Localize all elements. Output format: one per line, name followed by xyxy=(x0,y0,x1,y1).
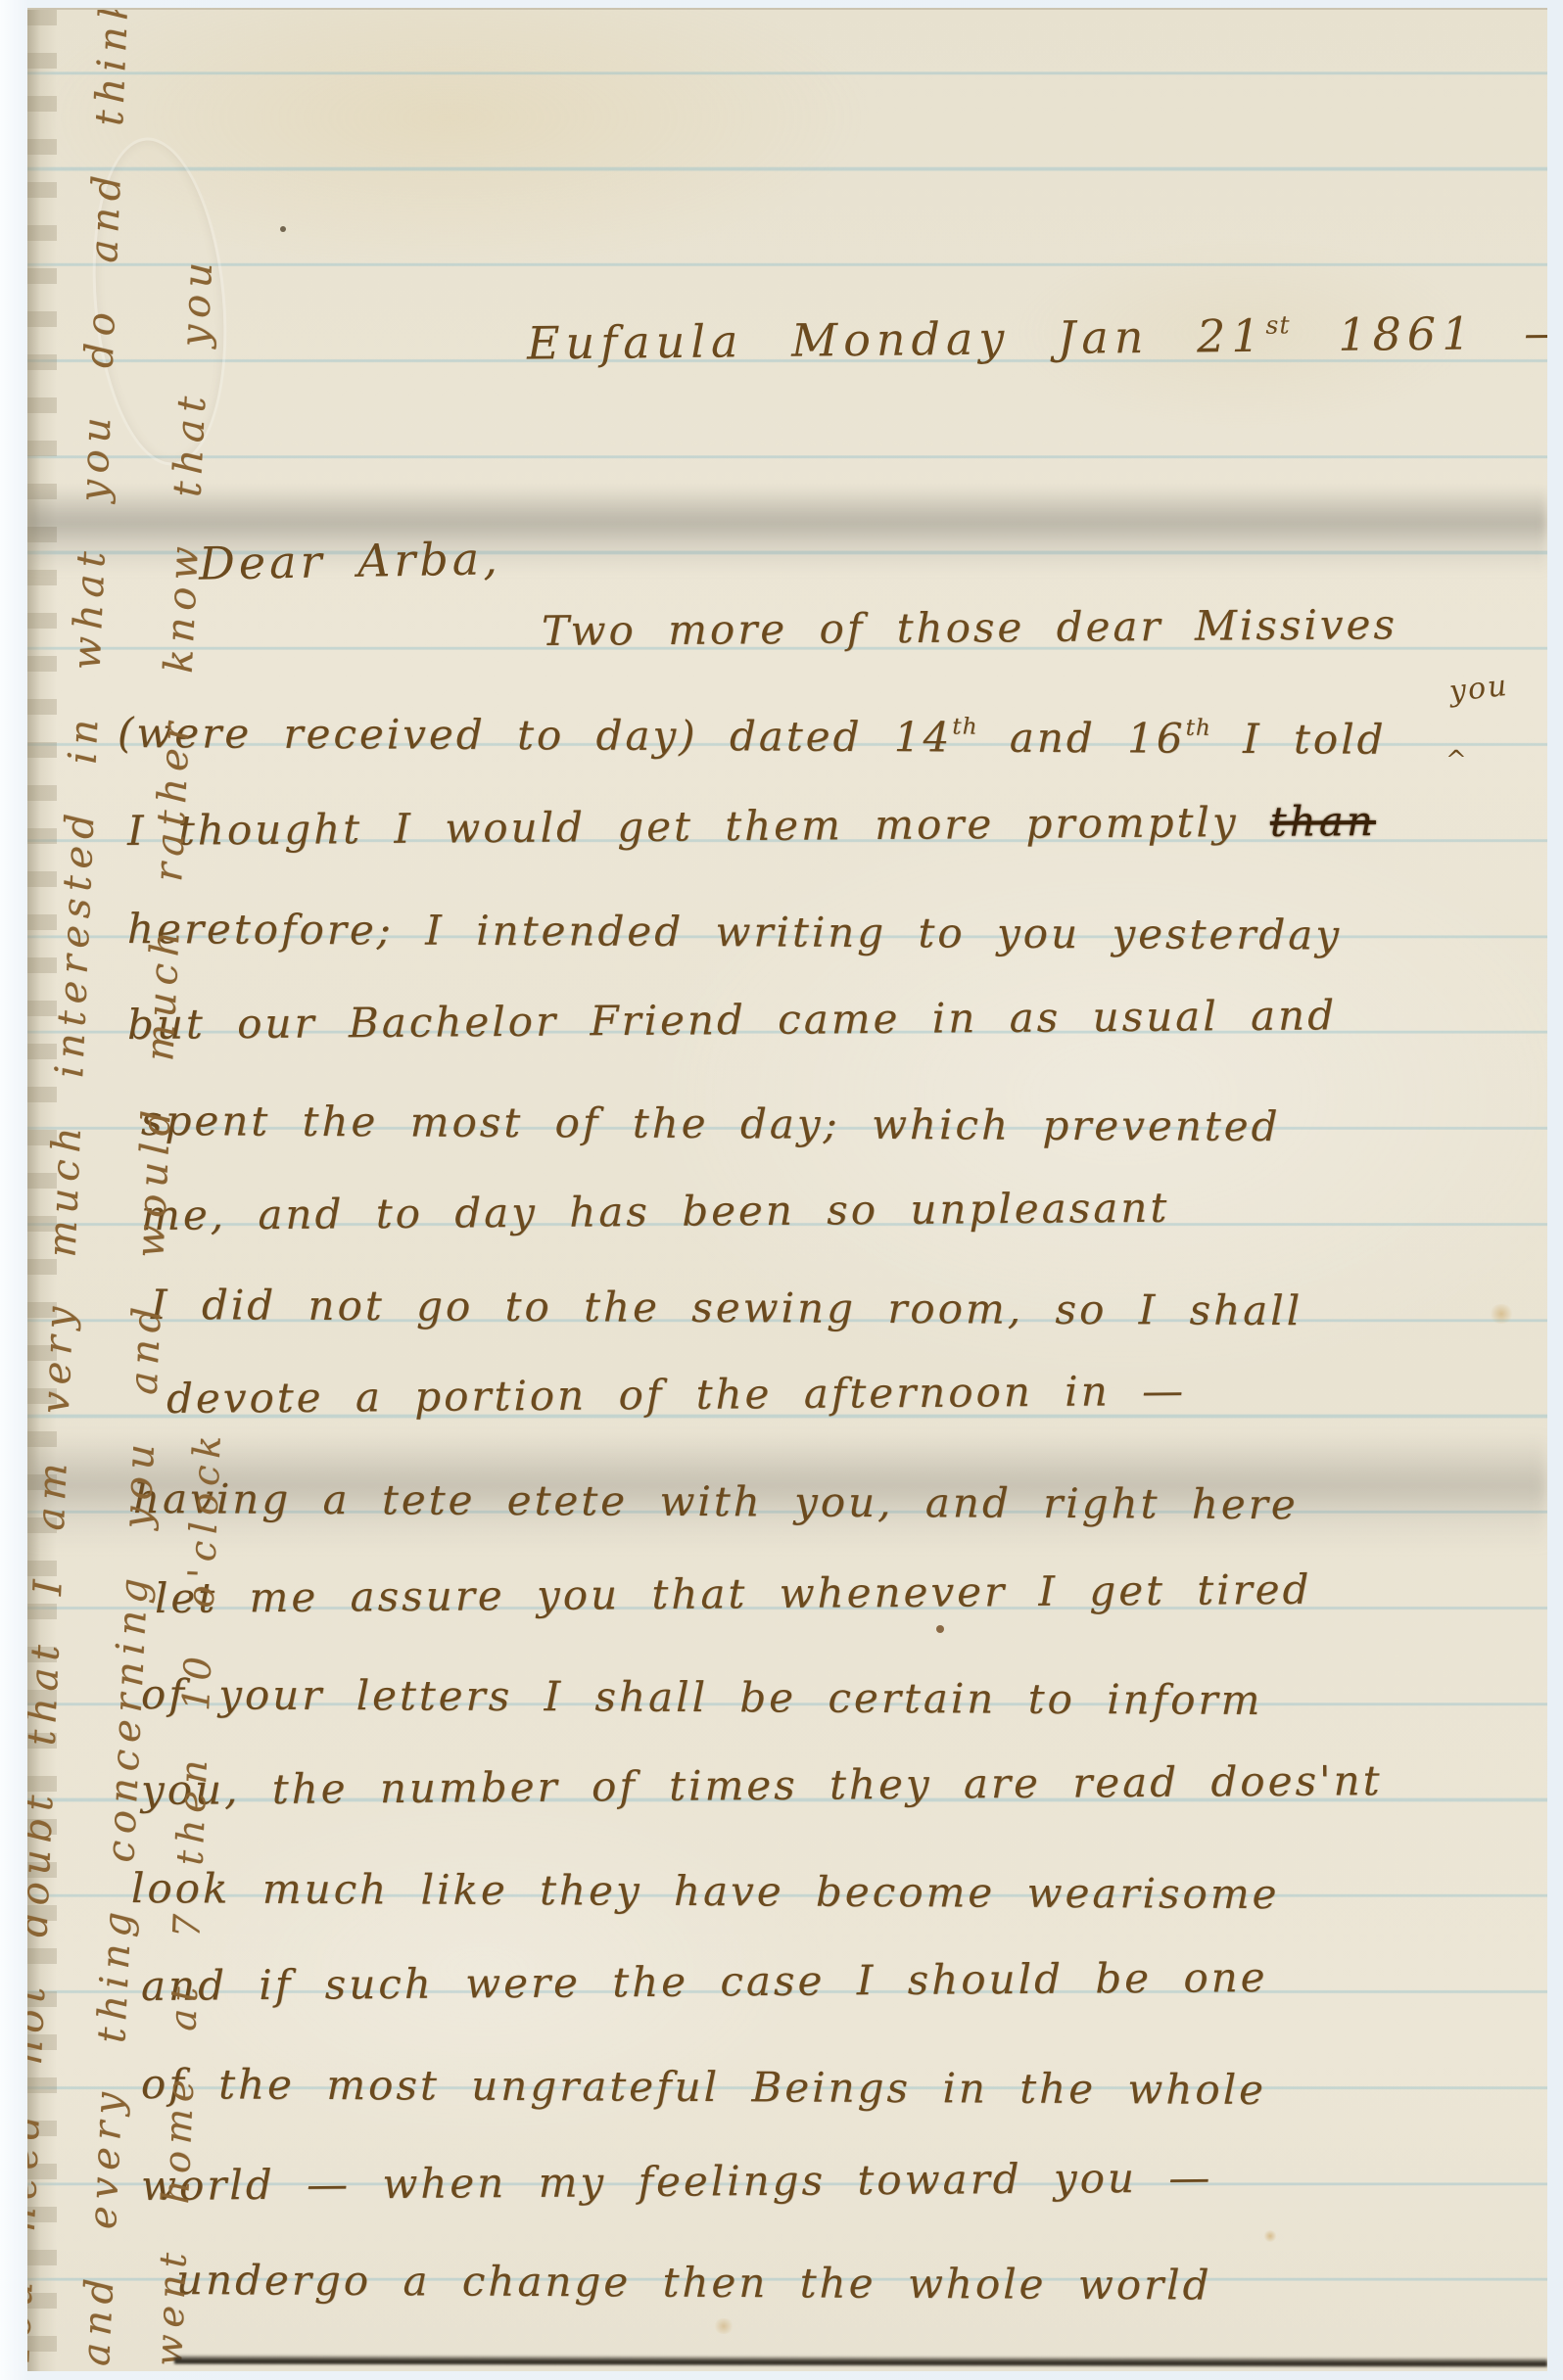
dateline: Eufaula Monday Jan 21st 1861 — xyxy=(527,305,1547,369)
letter-line: I did not go to the sewing room, so I sh… xyxy=(151,1281,1302,1334)
salutation: Dear Arba, xyxy=(199,532,502,589)
letter-scan: Eufaula Monday Jan 21st 1861 — Dear Arba… xyxy=(0,0,1563,2380)
ink-speck xyxy=(280,226,286,232)
letter-paper: Eufaula Monday Jan 21st 1861 — Dear Arba… xyxy=(27,8,1547,2371)
letter-line: of the most ungrateful Beings in the who… xyxy=(141,2060,1266,2114)
letter-line: devote a portion of the afternoon in — xyxy=(166,1367,1186,1423)
letter-line: heretofore; I intended writing to you ye… xyxy=(127,905,1342,958)
stain-spot xyxy=(1263,2230,1277,2242)
letter-line: but our Bachelor Friend came in as usual… xyxy=(127,991,1337,1049)
letter-line: I thought I would get them more promptly… xyxy=(127,797,1376,855)
letter-line: look much like they have become wearisom… xyxy=(131,1864,1280,1918)
letter-line: undergo a change then the whole world xyxy=(176,2256,1212,2310)
struck-word: than xyxy=(1270,797,1376,846)
dateline-ordinal: st xyxy=(1265,310,1290,339)
letter-line: me, and to day has been so unpleasant xyxy=(141,1184,1170,1239)
letter-line: let me assure you that whenever I get ti… xyxy=(155,1565,1312,1622)
stain-spot xyxy=(713,2318,734,2334)
letter-line: of your letters I shall be certain to in… xyxy=(141,1670,1263,1724)
inserted-word-above-line: you xyxy=(1447,669,1510,709)
letter-line: Two more of those dear Missives xyxy=(542,600,1397,655)
caret-mark: ^ xyxy=(1445,746,1467,775)
letter-line: spent the most of the day; which prevent… xyxy=(141,1097,1281,1150)
letter-line: and if such were the case I should be on… xyxy=(141,1953,1268,2010)
letter-line: having a tete etete with you, and right … xyxy=(133,1474,1299,1528)
dateline-place-day: Eufaula Monday Jan 21 xyxy=(527,309,1266,370)
dateline-year: 1861 — xyxy=(1290,305,1547,361)
letter-line: (were received to day) dated 14th and 16… xyxy=(118,709,1387,764)
ink-speck xyxy=(936,1625,944,1633)
stain-spot xyxy=(1489,1304,1514,1324)
letter-line: world — when my feelings toward you — xyxy=(141,2153,1213,2210)
letter-line: you, the number of times they are read d… xyxy=(141,1756,1383,1814)
